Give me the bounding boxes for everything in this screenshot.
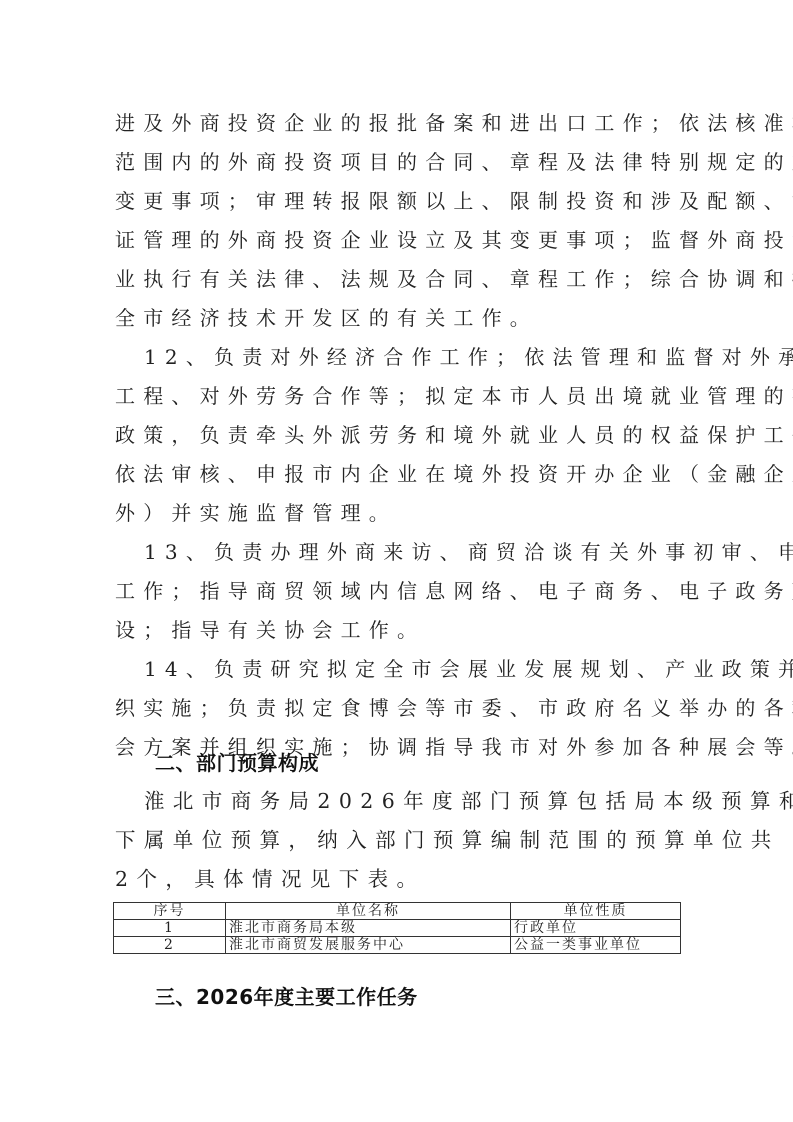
cell-unit-type: 行政单位 bbox=[511, 920, 681, 937]
table-row: 2 淮北市商贸发展服务中心 公益一类事业单位 bbox=[114, 937, 681, 954]
text-line: 变更事项；审理转报限额以上、限制投资和涉及配额、许可 bbox=[115, 186, 695, 216]
text-line: 13、负责办理外商来访、商贸洽谈有关外事初审、申报 bbox=[144, 537, 724, 567]
table-header-row: 序号 单位名称 单位性质 bbox=[114, 903, 681, 920]
column-header-no: 序号 bbox=[114, 903, 226, 920]
column-header-unit-name: 单位名称 bbox=[226, 903, 511, 920]
text-line: 政策，负责牵头外派劳务和境外就业人员的权益保护工作； bbox=[115, 420, 695, 450]
table-row: 1 淮北市商务局本级 行政单位 bbox=[114, 920, 681, 937]
text-line: 业执行有关法律、法规及合同、章程工作；综合协调和指导 bbox=[115, 264, 695, 294]
text-line: 设；指导有关协会工作。 bbox=[115, 615, 695, 645]
cell-unit-name: 淮北市商贸发展服务中心 bbox=[226, 937, 511, 954]
text-line: 全市经济技术开发区的有关工作。 bbox=[115, 303, 695, 333]
text-line: 证管理的外商投资企业设立及其变更事项；监督外商投资企 bbox=[115, 225, 695, 255]
cell-unit-type: 公益一类事业单位 bbox=[511, 937, 681, 954]
text-line: 工程、对外劳务合作等；拟定本市人员出境就业管理的有关 bbox=[115, 381, 695, 411]
text-line: 下属单位预算，纳入部门预算编制范围的预算单位共 bbox=[115, 825, 695, 855]
text-line: 依法审核、申报市内企业在境外投资开办企业（金融企业除 bbox=[115, 459, 695, 489]
cell-no: 2 bbox=[114, 937, 226, 954]
text-line: 进及外商投资企业的报批备案和进出口工作；依法核准权限 bbox=[115, 108, 695, 138]
cell-no: 1 bbox=[114, 920, 226, 937]
text-line: 外）并实施监督管理。 bbox=[115, 498, 695, 528]
budget-units-table: 序号 单位名称 单位性质 1 淮北市商务局本级 行政单位 2 淮北市商贸发展服务… bbox=[113, 902, 681, 954]
text-line: 2个，具体情况见下表。 bbox=[115, 864, 695, 894]
cell-unit-name: 淮北市商务局本级 bbox=[226, 920, 511, 937]
text-line: 淮北市商务局2026年度部门预算包括局本级预算和局 bbox=[144, 786, 724, 816]
text-line: 14、负责研究拟定全市会展业发展规划、产业政策并组 bbox=[144, 654, 724, 684]
text-line: 12、负责对外经济合作工作；依法管理和监督对外承包 bbox=[144, 342, 724, 372]
text-line: 织实施；负责拟定食博会等市委、市政府名义举办的各种展 bbox=[115, 693, 695, 723]
column-header-unit-type: 单位性质 bbox=[511, 903, 681, 920]
section-heading: 三、2026年度主要工作任务 bbox=[155, 982, 418, 1012]
section-heading: 二、部门预算构成 bbox=[155, 748, 319, 778]
text-line: 范围内的外商投资项目的合同、章程及法律特别规定的重大 bbox=[115, 147, 695, 177]
document-page: 进及外商投资企业的报批备案和进出口工作；依法核准权限 范围内的外商投资项目的合同… bbox=[0, 0, 793, 1122]
text-line: 工作；指导商贸领域内信息网络、电子商务、电子政务建 bbox=[115, 576, 695, 606]
